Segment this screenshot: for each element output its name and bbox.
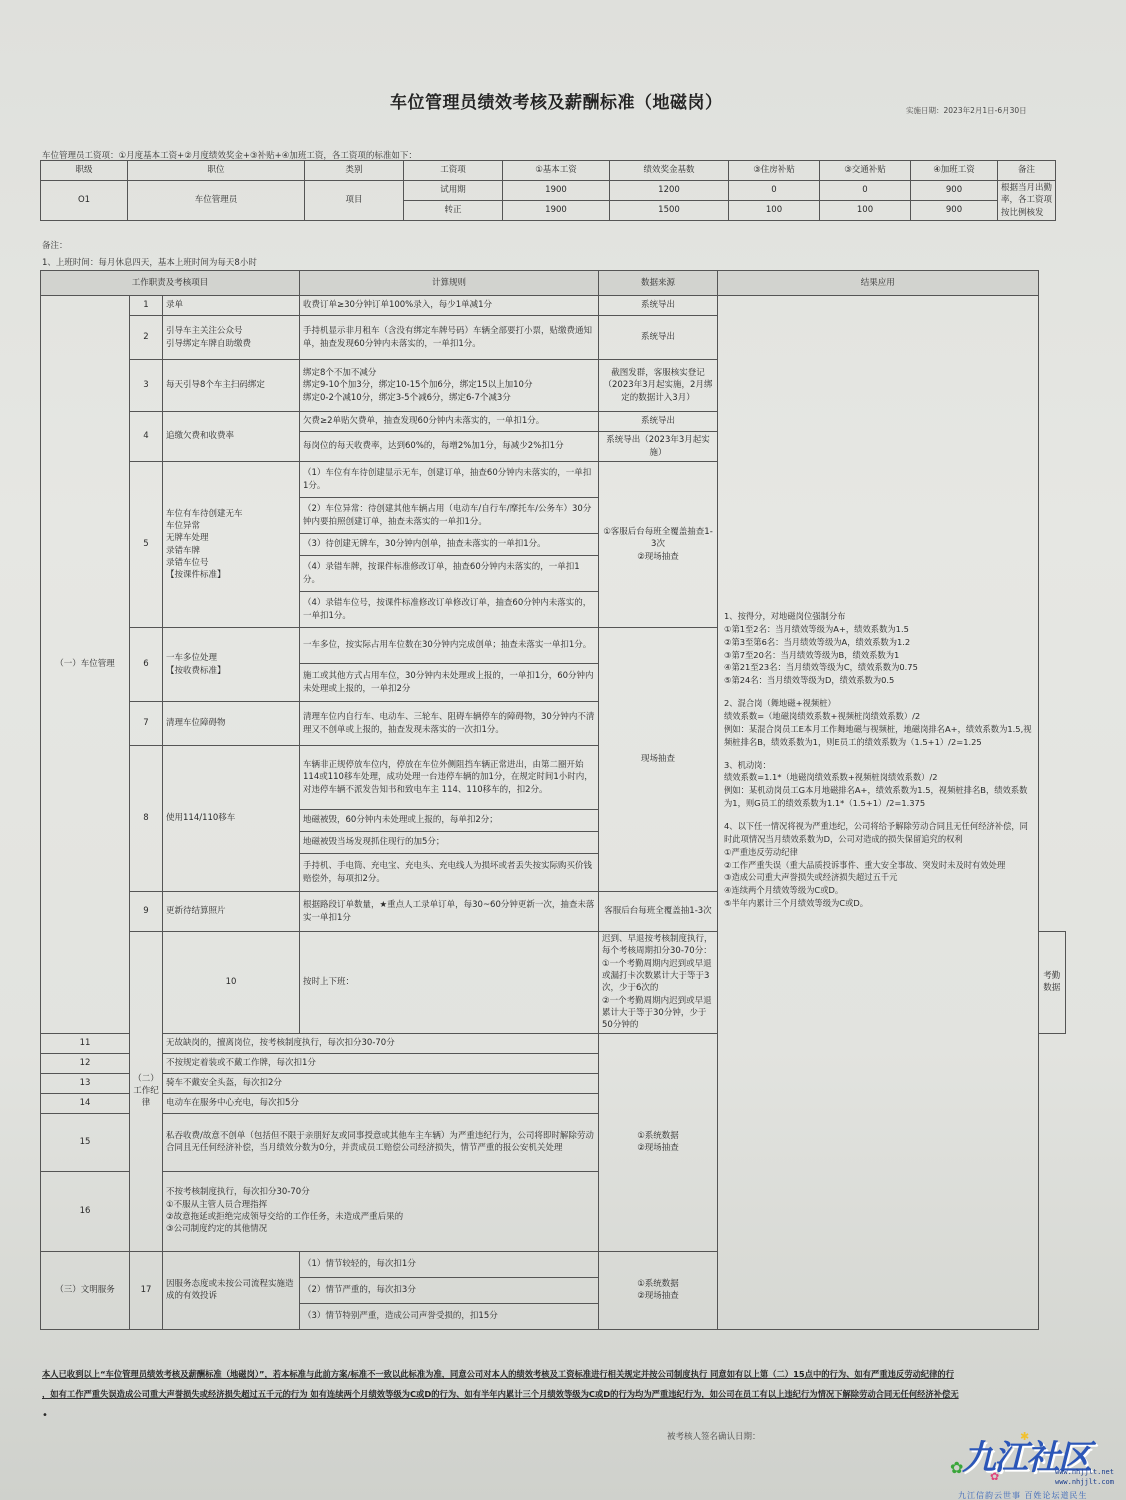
- item-rule: 无故缺岗的，擅离岗位，按考核制度执行，每次扣分30-70分: [163, 1033, 599, 1053]
- notes-label: 备注：: [42, 238, 377, 255]
- item-rule: 不按规定着装或不戴工作牌，每次扣1分: [163, 1053, 599, 1073]
- item-no: 1: [130, 296, 163, 316]
- item-name: 因服务态度或未按公司流程实施造成的有效投诉: [163, 1251, 300, 1329]
- item-rule: 手持机显示非月租车（含没有绑定车牌号码）车辆全部要打小票，贴缴费通知单，抽查发现…: [300, 316, 599, 360]
- bonus-base: 1200: [610, 181, 729, 201]
- item-name: 清理车位障碍物: [163, 702, 300, 746]
- transport: 100: [820, 201, 911, 221]
- base-salary: 1900: [503, 181, 610, 201]
- item-no: 14: [41, 1093, 130, 1113]
- item-source: 考勤数据: [1038, 932, 1065, 1034]
- watermark-slogan: 九江信韵云世事 百姓论坛道民生: [958, 1490, 1088, 1500]
- item-rule: 手持机、手电筒、充电宝、充电头、充电线人为损坏或者丢失按实际购买价钱赔偿外，每项…: [300, 854, 599, 892]
- item-rule: 车辆非正规停放车位内，停放在车位外侧阻挡车辆正常进出，由第二圈开始114或110…: [300, 746, 599, 810]
- item-no: 10: [163, 932, 300, 1034]
- remark-value: 根据当月出勤率，各工资项按比例核发: [998, 181, 1056, 221]
- item-rule: （4）录错车位号，按课件标准修改订单修改订单，抽查60分钟内未落实的，一单扣1分…: [300, 592, 599, 628]
- pay-type: 试用期: [404, 181, 503, 201]
- item-rule: （1）车位有车待创建显示无车，创建订单，抽查60分钟内未落实的，一单扣1分。: [300, 462, 599, 498]
- consent-statement: 本人已收到以上“车位管理员绩效考核及薪酬标准（地磁岗）”，若本标准与此前方案/标…: [42, 1364, 1126, 1404]
- item-rule: 欠费≥2单贴欠费单，抽查发现60分钟内未落实的，一单扣1分。: [300, 412, 599, 432]
- implementation-date: 实施日期：2023年2月1日-6月30日: [906, 105, 1027, 116]
- item-rule: 私吞收费/故意不创单（包括但不限于亲朋好友或同事授意或其他车主车辆）为严重违纪行…: [163, 1113, 599, 1171]
- consent-line-2: ，如有工作严重失误造成公司重大声誉损失或经济损失超过五千元的行为 如有连续两个月…: [42, 1384, 1126, 1404]
- header-source: 数据来源: [599, 271, 718, 296]
- item-rule: 绑定8个不加不减分 绑定9-10个加3分，绑定10-15个加6分，绑定15以上加…: [300, 360, 599, 412]
- item-source: 客服后台每班全覆盖抽1-3次: [599, 892, 718, 932]
- consent-line-1: 本人已收到以上“车位管理员绩效考核及薪酬标准（地磁岗）”，若本标准与此前方案/标…: [42, 1364, 1126, 1384]
- result-application: 1、按得分，对地磁岗位强制分布 ①第1至2名：当月绩效等级为A+，绩效系数为1.…: [718, 296, 1039, 1330]
- item-source: ①系统数据 ②现场抽查: [599, 1033, 718, 1251]
- item-no: 8: [130, 746, 163, 892]
- header-category: 类别: [305, 161, 404, 181]
- transport: 0: [820, 181, 911, 201]
- item-source: ①系统数据 ②现场抽查: [599, 1251, 718, 1329]
- rank-value: O1: [41, 181, 128, 221]
- item-rule: 骑车不戴安全头盔，每次扣2分: [163, 1073, 599, 1093]
- item-name: 每天引导8个车主扫码绑定: [163, 360, 300, 412]
- item-no: 9: [130, 892, 163, 932]
- housing: 100: [729, 201, 820, 221]
- header-rank: 职级: [41, 161, 128, 181]
- item-source: 系统导出: [599, 412, 718, 432]
- item-rule: （4）录错车牌，按课件标准修改订单，抽查60分钟内未落实的，一单扣1分。: [300, 556, 599, 592]
- watermark-url: www.nhjjlt.net: [1055, 1468, 1114, 1476]
- item-rule: （3）情节特别严重，造成公司声誉受损的，扣15分: [300, 1303, 599, 1329]
- header-base-salary: ①基本工资: [503, 161, 610, 181]
- document-page: 车位管理员绩效考核及薪酬标准（地磁岗） 实施日期：2023年2月1日-6月30日…: [0, 0, 1126, 1500]
- category-value: 项目: [305, 181, 404, 221]
- item-rule: 收费订单≥30分钟订单100%录入，每少1单减1分: [300, 296, 599, 316]
- item-source: 系统导出（2023年3月起实施）: [599, 432, 718, 462]
- header-overtime: ④加班工资: [911, 161, 998, 181]
- item-rule: 根据路段订单数量，★重点人工录单订单，每30~60分钟更新一次，抽查未落实一单扣…: [300, 892, 599, 932]
- header-housing: ③住房补贴: [729, 161, 820, 181]
- item-source: 截图发群，客服核实登记（2023年3月起实施，2月绑定的数据计入3月）: [599, 360, 718, 412]
- item-no: 16: [41, 1171, 130, 1251]
- item-name: 一车多位处理 【按收费标准】: [163, 628, 300, 702]
- item-name: 更新待结算照片: [163, 892, 300, 932]
- item-no: 2: [130, 316, 163, 360]
- header-position: 职位: [128, 161, 305, 181]
- item-rule: 迟到、早退按考核制度执行，每个考核周期扣分30-70分： ①一个考勤周期内迟到或…: [599, 932, 718, 1034]
- item-source: ①客服后台每班全覆盖抽查1-3次 ②现场抽查: [599, 462, 718, 628]
- item-source: 现场抽查: [599, 628, 718, 892]
- item-no: 3: [130, 360, 163, 412]
- item-no: 12: [41, 1053, 130, 1073]
- header-bonus-base: 绩效奖金基数: [610, 161, 729, 181]
- item-source: 系统导出: [599, 316, 718, 360]
- item-rule: 不按考核制度执行，每次扣分30-70分 ①不服从主管人员合理指挥 ②故意拖延或拒…: [163, 1171, 599, 1251]
- header-rule: 计算规则: [300, 271, 599, 296]
- section-civil-service: （三）文明服务: [41, 1251, 130, 1329]
- item-rule: （2）车位异常：待创建其他车辆占用（电动车/自行车/摩托车/公务车）30分钟内要…: [300, 498, 599, 534]
- overtime: 900: [911, 181, 998, 201]
- item-no: 4: [130, 412, 163, 462]
- watermark-url: www.nhjjlt.com: [1055, 1478, 1114, 1486]
- item-name: 按时上下班：: [300, 932, 599, 1034]
- signature-label: 被考核人签名确认日期：: [667, 1430, 761, 1442]
- item-name: 录单: [163, 296, 300, 316]
- housing: 0: [729, 181, 820, 201]
- item-no: 11: [41, 1033, 130, 1053]
- salary-table: 职级 职位 类别 工资项 ①基本工资 绩效奖金基数 ③住房补贴 ③交通补贴 ④加…: [40, 160, 1056, 221]
- item-rule: （2）情节严重的，每次扣3分: [300, 1277, 599, 1303]
- section-work-discipline: （二）工作纪律: [130, 932, 163, 1252]
- header-pay-item: 工资项: [404, 161, 503, 181]
- item-rule: （3）待创建无牌车，30分钟内创单，抽查未落实的一单扣1分。: [300, 534, 599, 556]
- item-rule: 每岗位的每天收费率，达到60%的，每增2%加1分，每减少2%扣1分: [300, 432, 599, 462]
- item-no: 6: [130, 628, 163, 702]
- kpi-table: 工作职责及考核项目 计算规则 数据来源 结果应用 （一）车位管理 1 录单 收费…: [40, 270, 1066, 1330]
- position-value: 车位管理员: [128, 181, 305, 221]
- header-transport: ③交通补贴: [820, 161, 911, 181]
- item-name: 追缴欠费和收费率: [163, 412, 300, 462]
- item-rule: （1）情节较轻的，每次扣1分: [300, 1251, 599, 1277]
- item-name: 引导车主关注公众号 引导绑定车牌自助缴费: [163, 316, 300, 360]
- section-parking-management: （一）车位管理: [41, 296, 130, 1034]
- watermark-logo: ✿ ✿ ✱ 九江社区 www.nhjjlt.net www.nhjjlt.com…: [950, 1430, 1120, 1500]
- item-no: 17: [130, 1251, 163, 1329]
- item-rule: 地磁被毁，60分钟内未处理或上报的，每单扣2分；: [300, 810, 599, 832]
- item-name: 使用114/110移车: [163, 746, 300, 892]
- pay-type: 转正: [404, 201, 503, 221]
- item-no: 15: [41, 1113, 130, 1171]
- bonus-base: 1500: [610, 201, 729, 221]
- item-rule: 一车多位，按实际占用车位数在30分钟内完成创单；抽查未落实一单扣1分。: [300, 628, 599, 664]
- overtime: 900: [911, 201, 998, 221]
- item-no: 13: [41, 1073, 130, 1093]
- item-rule: 施工或其他方式占用车位，30分钟内未处理或上报的，一单扣1分，60分钟内未处理或…: [300, 664, 599, 702]
- bullet-mark: •: [42, 1410, 48, 1421]
- item-rule: 清理车位内自行车、电动车、三轮车、阻碍车辆停车的障碍物，30分钟内不清理又不创单…: [300, 702, 599, 746]
- item-rule: 地磁被毁当场发现抓住现行的加5分；: [300, 832, 599, 854]
- document-title: 车位管理员绩效考核及薪酬标准（地磁岗）: [390, 88, 723, 113]
- header-remark: 备注: [998, 161, 1056, 181]
- item-no: 7: [130, 702, 163, 746]
- header-result: 结果应用: [718, 271, 1039, 296]
- base-salary: 1900: [503, 201, 610, 221]
- header-duties: 工作职责及考核项目: [41, 271, 300, 296]
- item-name: 车位有车待创建无车 车位异常 无牌车处理 录错车牌 录错车位号 【按课件标准】: [163, 462, 300, 628]
- item-source: 系统导出: [599, 296, 718, 316]
- item-no: 5: [130, 462, 163, 628]
- item-rule: 电动车在服务中心充电，每次扣5分: [163, 1093, 599, 1113]
